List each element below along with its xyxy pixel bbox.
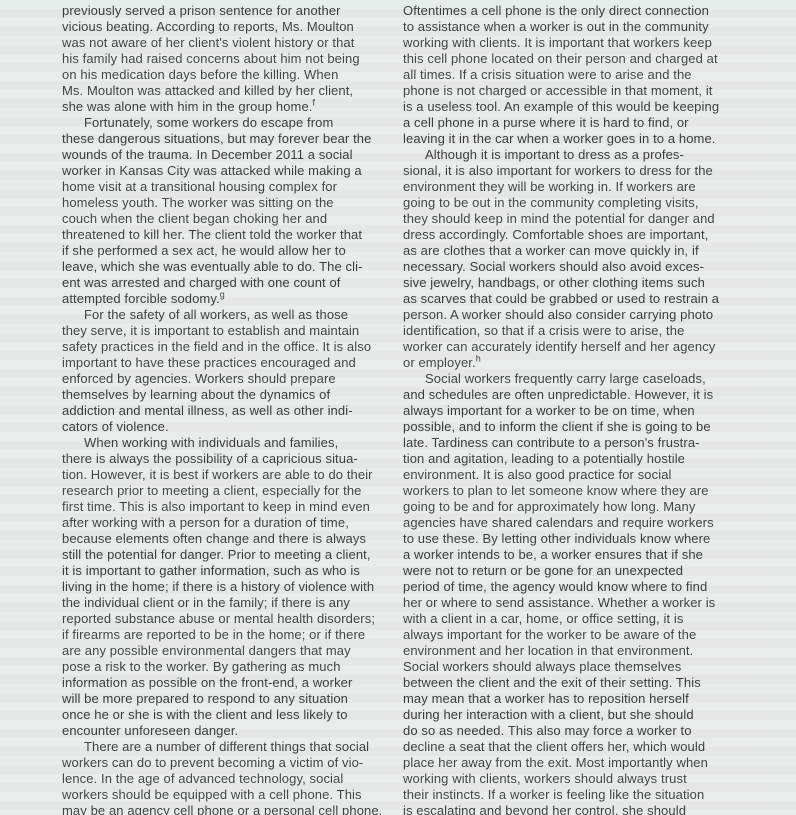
- text-line: Social workers should always place thems…: [403, 659, 743, 675]
- text-line: to assistance when a worker is out in th…: [403, 19, 743, 35]
- text-line: encounter unforeseen danger.: [62, 723, 402, 739]
- text-line: a cell phone in a purse where it is hard…: [403, 115, 743, 131]
- text-line: enforced by agencies. Workers should pre…: [62, 371, 402, 387]
- text-line: during her interaction with a client, bu…: [403, 707, 743, 723]
- text-line: may be an agency cell phone or a persona…: [62, 803, 402, 815]
- text-line: cators of violence.: [62, 419, 402, 435]
- text-line: going to be and for approximately how lo…: [403, 499, 743, 515]
- text-line: Ms. Moulton was attacked and killed by h…: [62, 83, 402, 99]
- text-line: are any possible environmental dangers t…: [62, 643, 402, 659]
- text-line: tion and agitation, leading to a potenti…: [403, 451, 743, 467]
- text-line: information as possible on the front-end…: [62, 675, 402, 691]
- text-line: wounds of the trauma. In December 2011 a…: [62, 147, 402, 163]
- document-page: previously served a prison sentence for …: [0, 0, 796, 815]
- paragraph: Social workers frequently carry large ca…: [403, 371, 743, 815]
- text-column-right: Oftentimes a cell phone is the only dire…: [403, 3, 743, 815]
- footnote-marker: h: [476, 354, 481, 364]
- text-line: these dangerous situations, but may fore…: [62, 131, 402, 147]
- text-line: environment and her location in that env…: [403, 643, 743, 659]
- text-line: attempted forcible sodomy.g: [62, 291, 402, 307]
- text-line: is a useless tool. An example of this wo…: [403, 99, 743, 115]
- text-line: themselves by learning about the dynamic…: [62, 387, 402, 403]
- text-line: research prior to meeting a client, espe…: [62, 483, 402, 499]
- text-line: workers should be equipped with a cell p…: [62, 787, 402, 803]
- text-line: Oftentimes a cell phone is the only dire…: [403, 3, 743, 19]
- text-line: For the safety of all workers, as well a…: [62, 307, 402, 323]
- text-line: or employer.h: [403, 355, 743, 371]
- text-line: the individual client or in the family; …: [62, 595, 402, 611]
- text-line: sive jewelry, handbags, or other clothin…: [403, 275, 743, 291]
- text-line: identification, so that if a crisis were…: [403, 323, 743, 339]
- text-line: leaving it in the car when a worker goes…: [403, 131, 743, 147]
- text-line: they should keep in mind the potential f…: [403, 211, 743, 227]
- text-line: she was alone with him in the group home…: [62, 99, 402, 115]
- footnote-marker: g: [220, 290, 225, 300]
- paragraph: Oftentimes a cell phone is the only dire…: [403, 3, 743, 147]
- text-line: Fortunately, some workers do escape from: [62, 115, 402, 131]
- text-line: Although it is important to dress as a p…: [403, 147, 743, 163]
- paragraph: Fortunately, some workers do escape from…: [62, 115, 402, 307]
- text-line: going to be out in the community complet…: [403, 195, 743, 211]
- text-line: if firearms are reported to be in the ho…: [62, 627, 402, 643]
- text-line: once he or she is with the client and le…: [62, 707, 402, 723]
- text-line: still the potential for danger. Prior to…: [62, 547, 402, 563]
- text-line: were not to return or be gone for an une…: [403, 563, 743, 579]
- text-column-left: previously served a prison sentence for …: [62, 3, 402, 815]
- text-line: couch when the client began choking her …: [62, 211, 402, 227]
- text-line: late. Tardiness can contribute to a pers…: [403, 435, 743, 451]
- text-line: There are a number of different things t…: [62, 739, 402, 755]
- text-line: place her away from the exit. Most impor…: [403, 755, 743, 771]
- text-line: and schedules are often unpredictable. H…: [403, 387, 743, 403]
- text-line: agencies have shared calendars and requi…: [403, 515, 743, 531]
- text-line: lence. In the age of advanced technology…: [62, 771, 402, 787]
- text-line: may mean that a worker has to reposition…: [403, 691, 743, 707]
- text-line: because elements often change and there …: [62, 531, 402, 547]
- text-line: if she performed a sex act, he would all…: [62, 243, 402, 259]
- text-line: safety practices in the field and in the…: [62, 339, 402, 355]
- text-line: necessary. Social workers should also av…: [403, 259, 743, 275]
- text-line: addiction and mental illness, as well as…: [62, 403, 402, 419]
- paragraph: Although it is important to dress as a p…: [403, 147, 743, 371]
- text-line: is escalating and beyond her control, sh…: [403, 803, 743, 815]
- text-line: on his medication days before the killin…: [62, 67, 402, 83]
- text-line: ent was arrested and charged with one co…: [62, 275, 402, 291]
- text-line: home visit at a transitional housing com…: [62, 179, 402, 195]
- text-line: dress accordingly. Comfortable shoes are…: [403, 227, 743, 243]
- text-line: worker in Kansas City was attacked while…: [62, 163, 402, 179]
- paragraph: There are a number of different things t…: [62, 739, 402, 815]
- text-line: phone is not charged or accessible in th…: [403, 83, 743, 99]
- text-line: between the client and the exit of their…: [403, 675, 743, 691]
- text-line: Social workers frequently carry large ca…: [403, 371, 743, 387]
- text-line: workers to plan to let someone know wher…: [403, 483, 743, 499]
- paragraph: previously served a prison sentence for …: [62, 3, 402, 115]
- text-line: to use these. By letting other individua…: [403, 531, 743, 547]
- text-line: this cell phone located on their person …: [403, 51, 743, 67]
- text-line: they serve, it is important to establish…: [62, 323, 402, 339]
- text-line: tion. However, it is best if workers are…: [62, 467, 402, 483]
- text-line: environment. It is also good practice fo…: [403, 467, 743, 483]
- text-line: first time. This is also important to ke…: [62, 499, 402, 515]
- text-line: possible, and to inform the client if sh…: [403, 419, 743, 435]
- text-line: his family had raised concerns about him…: [62, 51, 402, 67]
- text-line: reported substance abuse or mental healt…: [62, 611, 402, 627]
- text-line: all times. If a crisis situation were to…: [403, 67, 743, 83]
- text-line: as scarves that could be grabbed or used…: [403, 291, 743, 307]
- text-line: sional, it is also important for workers…: [403, 163, 743, 179]
- text-line: always important for a worker to be on t…: [403, 403, 743, 419]
- text-line: always important for the worker to be aw…: [403, 627, 743, 643]
- paragraph: When working with individuals and famili…: [62, 435, 402, 739]
- text-line: vicious beating. According to reports, M…: [62, 19, 402, 35]
- paragraph: For the safety of all workers, as well a…: [62, 307, 402, 435]
- text-line: her or where to send assistance. Whether…: [403, 595, 743, 611]
- text-line: environment they will be working in. If …: [403, 179, 743, 195]
- text-line: will be more prepared to respond to any …: [62, 691, 402, 707]
- text-line: homeless youth. The worker was sitting o…: [62, 195, 402, 211]
- text-line: period of time, the agency would know wh…: [403, 579, 743, 595]
- text-line: do so as needed. This also may force a w…: [403, 723, 743, 739]
- text-line: worker can accurately identify herself a…: [403, 339, 743, 355]
- text-line: as are clothes that a worker can move qu…: [403, 243, 743, 259]
- text-line: workers can do to prevent becoming a vic…: [62, 755, 402, 771]
- text-line: pose a risk to the worker. By gathering …: [62, 659, 402, 675]
- text-line: living in the home; if there is a histor…: [62, 579, 402, 595]
- text-line: with a client in a car, home, or office …: [403, 611, 743, 627]
- text-line: leave, which she was eventually able to …: [62, 259, 402, 275]
- text-line: after working with a person for a durati…: [62, 515, 402, 531]
- text-line: working with clients. It is important th…: [403, 35, 743, 51]
- footnote-marker: f: [313, 98, 316, 108]
- text-line: When working with individuals and famili…: [62, 435, 402, 451]
- text-line: there is always the possibility of a cap…: [62, 451, 402, 467]
- text-line: threatened to kill her. The client told …: [62, 227, 402, 243]
- text-line: important to have these practices encour…: [62, 355, 402, 371]
- text-line: it is important to gather information, s…: [62, 563, 402, 579]
- text-line: their instincts. If a worker is feeling …: [403, 787, 743, 803]
- text-line: a worker intends to be, a worker ensures…: [403, 547, 743, 563]
- text-line: person. A worker should also consider ca…: [403, 307, 743, 323]
- text-line: previously served a prison sentence for …: [62, 3, 402, 19]
- text-line: decline a seat that the client offers he…: [403, 739, 743, 755]
- text-line: working with clients, workers should alw…: [403, 771, 743, 787]
- text-line: was not aware of her client's violent hi…: [62, 35, 402, 51]
